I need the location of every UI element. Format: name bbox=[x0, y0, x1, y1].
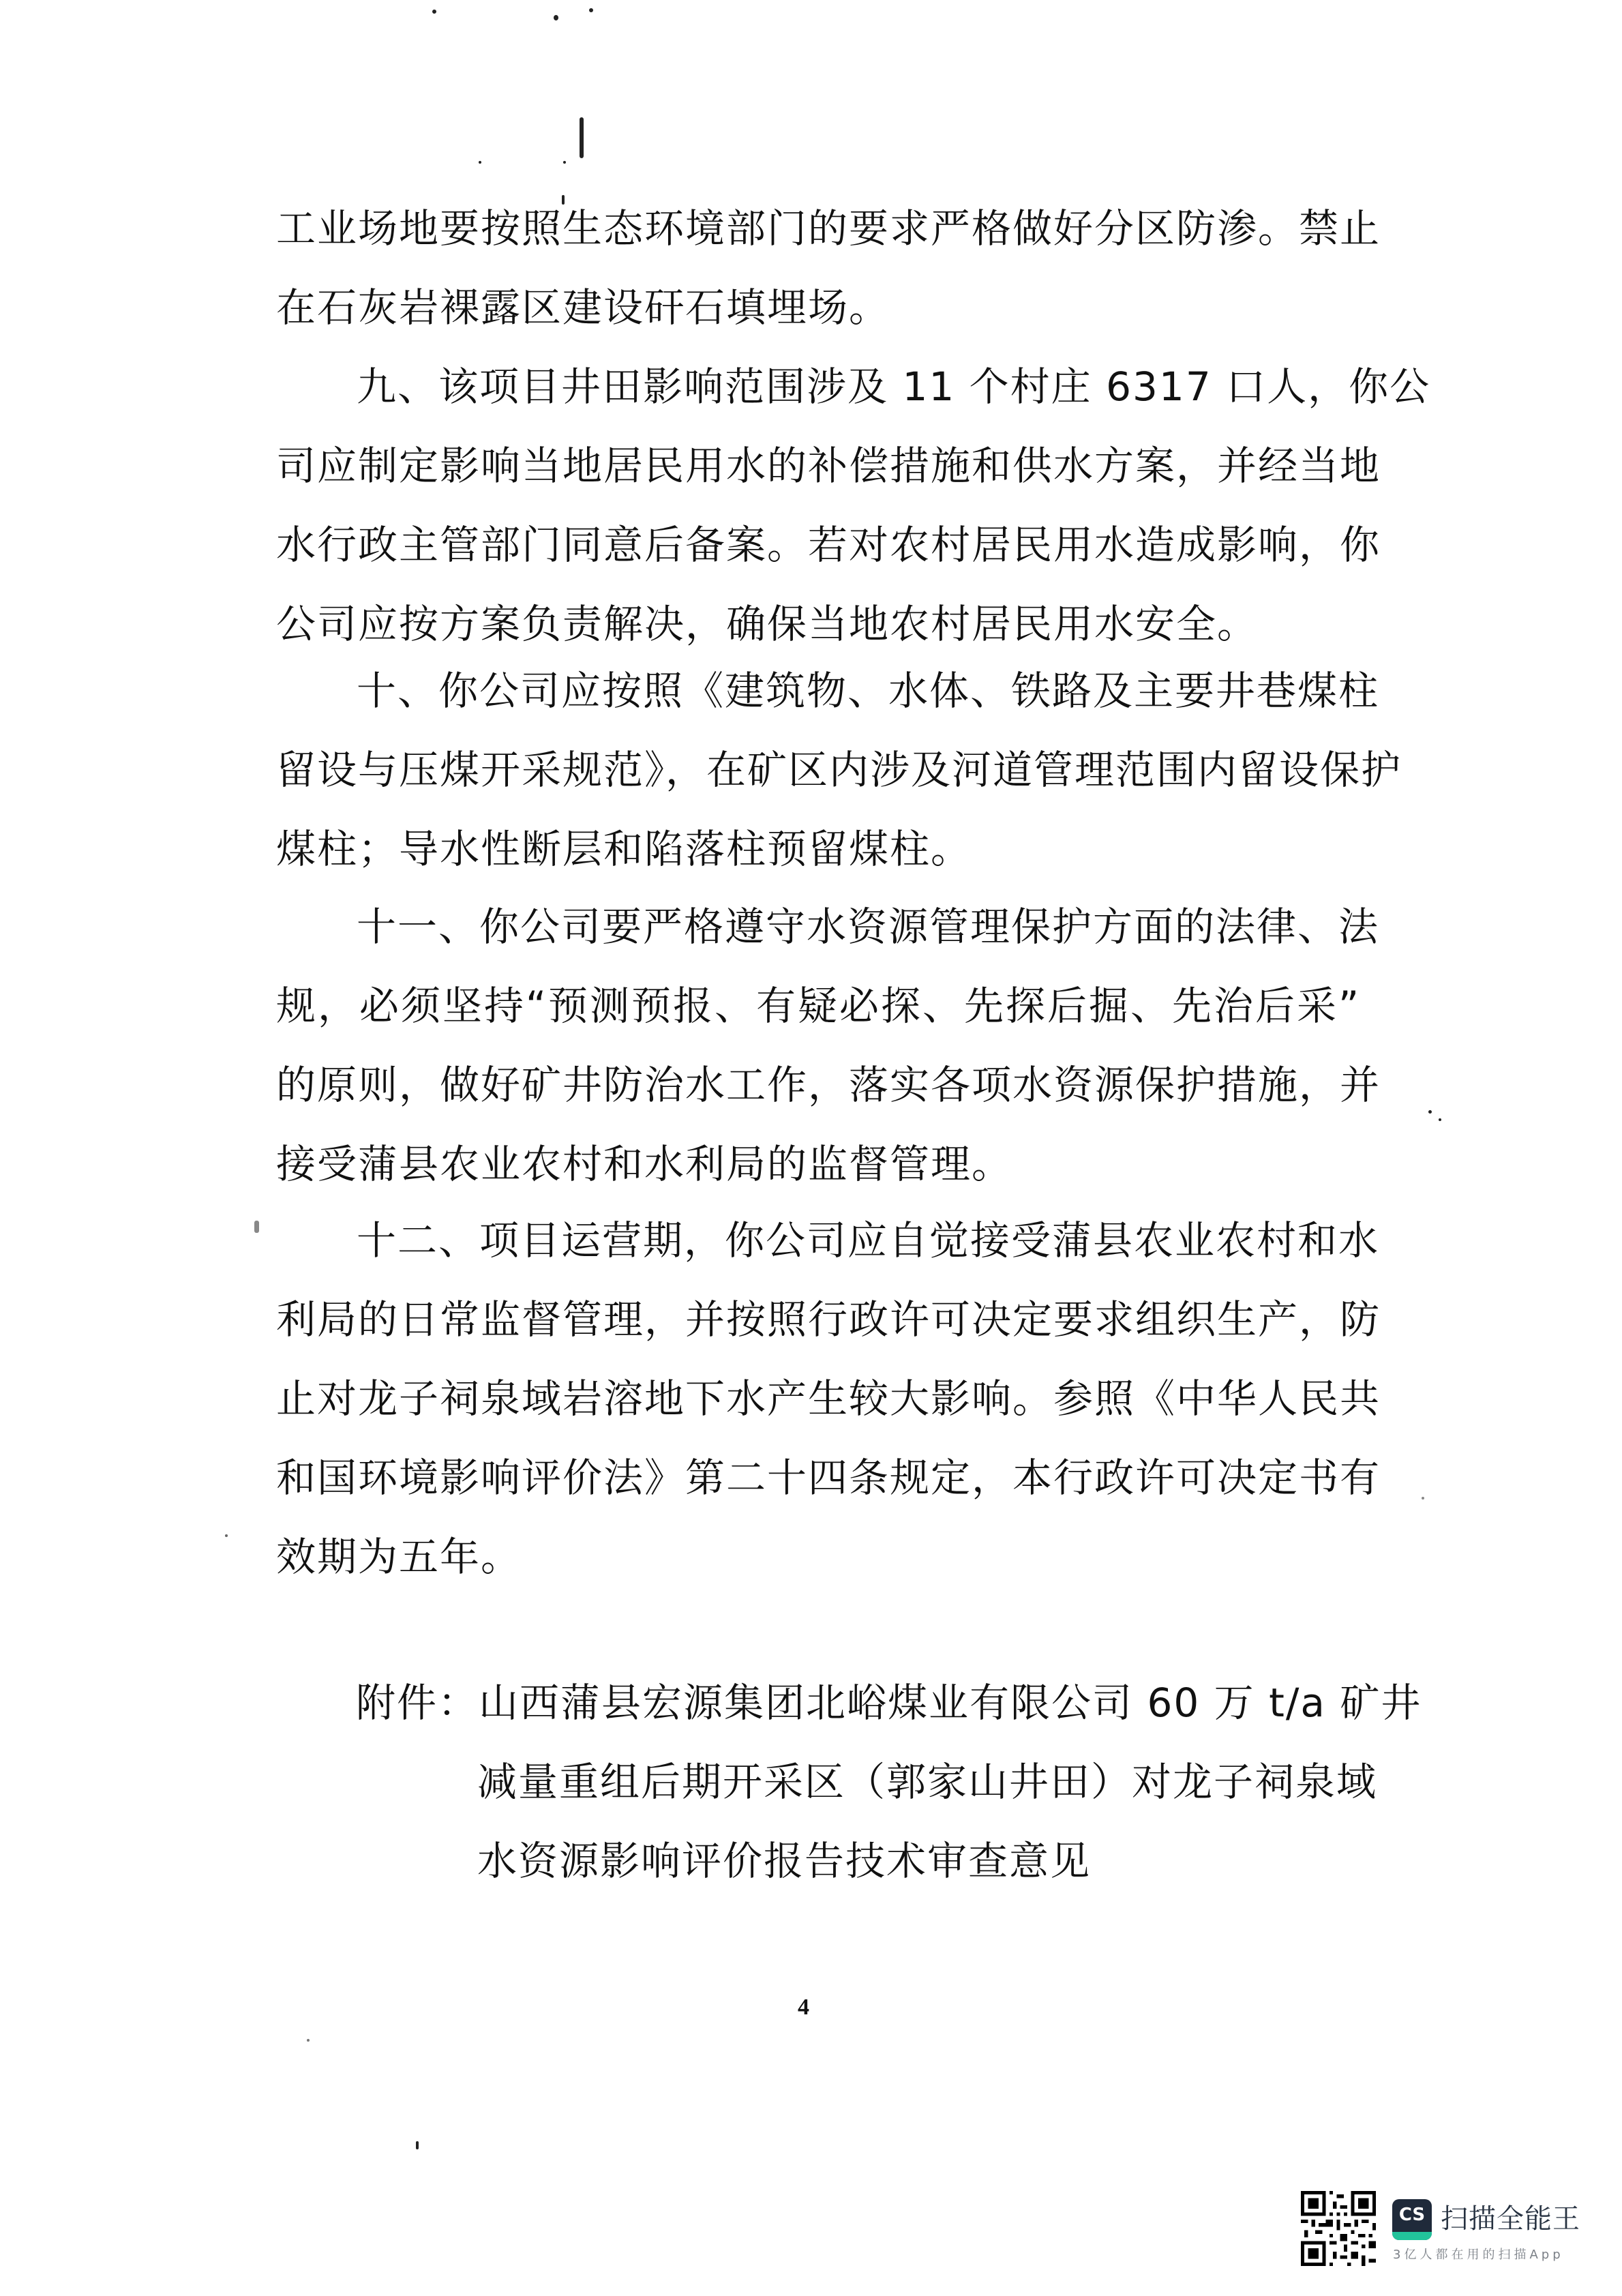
paragraph-line: 煤柱；导水性断层和陷落柱预留煤柱。 bbox=[276, 825, 1360, 873]
camscanner-watermark: CS 扫描全能王 3亿人都在用的扫描App bbox=[1295, 2186, 1609, 2274]
paragraph-line: 效期为五年。 bbox=[276, 1533, 1360, 1581]
paragraph-line: 十、你公司应按照《建筑物、水体、铁路及主要井巷煤柱 bbox=[357, 667, 1360, 715]
paragraph-line: 公司应按方案负责解决，确保当地农村居民用水安全。 bbox=[276, 600, 1360, 648]
scan-speck bbox=[562, 195, 565, 205]
qr-code-icon bbox=[1301, 2191, 1376, 2266]
paragraph-line: 利局的日常监督管理，并按照行政许可决定要求组织生产，防 bbox=[276, 1296, 1360, 1343]
paragraph-line: 工业场地要按照生态环境部门的要求严格做好分区防渗。禁止 bbox=[276, 205, 1360, 252]
attachment-line: 水资源影响评价报告技术审查意见 bbox=[477, 1837, 1338, 1885]
scan-speck bbox=[307, 2039, 310, 2042]
camscanner-logo-icon: CS bbox=[1392, 2199, 1432, 2240]
logo-text: CS bbox=[1392, 2203, 1432, 2226]
paragraph-line: 的原则，做好矿井防治水工作，落实各项水资源保护措施，并 bbox=[276, 1061, 1360, 1109]
paragraph-line: 和国环境影响评价法》第二十四条规定，本行政许可决定书有 bbox=[276, 1454, 1360, 1502]
paragraph-line: 止对龙子祠泉域岩溶地下水产生较大影响。参照《中华人民共 bbox=[276, 1375, 1360, 1422]
page-number: 4 bbox=[798, 1995, 809, 2021]
scan-speck bbox=[563, 161, 566, 164]
scan-speck bbox=[225, 1534, 228, 1537]
paragraph-line: 水行政主管部门同意后备案。若对农村居民用水造成影响，你 bbox=[276, 521, 1360, 569]
paragraph-line: 规，必须坚持“预测预报、有疑必探、先探后掘、先治后采” bbox=[276, 982, 1360, 1030]
scanned-document-page: 工业场地要按照生态环境部门的要求严格做好分区防渗。禁止 在石灰岩裸露区建设矸石填… bbox=[0, 0, 1622, 2296]
scan-speck bbox=[580, 117, 584, 158]
scan-speck bbox=[254, 1221, 259, 1233]
scan-speck bbox=[432, 10, 436, 14]
attachment-line: 减量重组后期开采区（郭家山井田）对龙子祠泉域 bbox=[477, 1758, 1338, 1806]
paragraph-line: 留设与压煤开采规范》，在矿区内涉及河道管理范围内留设保护 bbox=[276, 746, 1360, 794]
scan-speck bbox=[416, 2141, 419, 2149]
scan-speck bbox=[1428, 1110, 1432, 1114]
brand-tagline: 3亿人都在用的扫描App bbox=[1393, 2247, 1564, 2263]
scan-speck bbox=[1422, 1497, 1424, 1500]
scan-speck bbox=[1439, 1118, 1441, 1121]
scan-speck bbox=[589, 8, 593, 12]
scan-speck bbox=[479, 161, 481, 164]
paragraph-line: 接受蒲县农业农村和水利局的监督管理。 bbox=[276, 1140, 1360, 1188]
paragraph-line: 九、该项目井田影响范围涉及 11 个村庄 6317 口人，你公 bbox=[357, 363, 1360, 411]
paragraph-line: 在石灰岩裸露区建设矸石填埋场。 bbox=[276, 284, 1360, 331]
scan-speck bbox=[554, 15, 558, 20]
brand-name: 扫描全能王 bbox=[1441, 2201, 1580, 2237]
paragraph-line: 十一、你公司要严格遵守水资源管理保护方面的法律、法 bbox=[357, 903, 1360, 951]
logo-accent-bar bbox=[1392, 2232, 1432, 2240]
paragraph-line: 司应制定影响当地居民用水的补偿措施和供水方案，并经当地 bbox=[276, 442, 1360, 490]
attachment-line: 附件：山西蒲县宏源集团北峪煤业有限公司 60 万 t/a 矿井 bbox=[356, 1679, 1338, 1727]
paragraph-line: 十二、项目运营期，你公司应自觉接受蒲县农业农村和水 bbox=[357, 1217, 1360, 1264]
